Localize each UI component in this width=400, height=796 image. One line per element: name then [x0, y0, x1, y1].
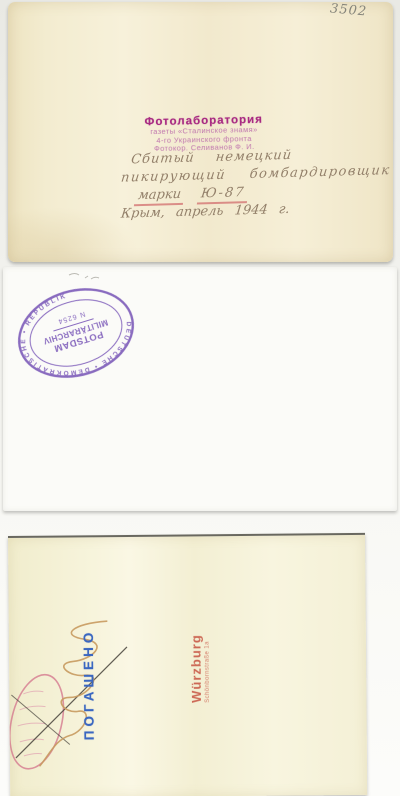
wurzburg-stamp-street: Schönbornstraße 1a	[204, 608, 211, 703]
handwriting-underlined-word: марки	[134, 187, 185, 206]
photo-back-card-3: ПОГАШЕНО Würzburg Schönbornstraße 1a	[8, 533, 367, 796]
wurzburg-address-stamp: Würzburg Schönbornstraße 1a	[188, 608, 213, 703]
militararchiv-stamp-graphic: DEUTSCHE • DEMOKRATISCHE • REPUBLIK POTS…	[3, 271, 148, 395]
handwritten-caption: Сбитый немецкий пикирующий бомбардировщи…	[116, 145, 384, 222]
signature-scribble	[9, 607, 150, 768]
photo-back-card-2: DEUTSCHE • DEMOKRATISCHE • REPUBLIK POTS…	[3, 267, 397, 511]
handwriting-plane-model: Ю-87	[197, 185, 249, 204]
scanned-archive-page: 3502 Фотолаборатория газеты «Сталинское …	[0, 0, 400, 796]
cancelled-stamp: ПОГАШЕНО	[81, 624, 98, 740]
photolab-stamp: Фотолаборатория газеты «Сталинское знамя…	[136, 114, 273, 154]
photo-back-card-1: 3502 Фотолаборатория газеты «Сталинское …	[8, 2, 393, 262]
archive-number: 3502	[329, 1, 367, 19]
wurzburg-stamp-city: Würzburg	[188, 608, 204, 703]
militararchiv-stamp: DEUTSCHE • DEMOKRATISCHE • REPUBLIK POTS…	[3, 271, 148, 395]
